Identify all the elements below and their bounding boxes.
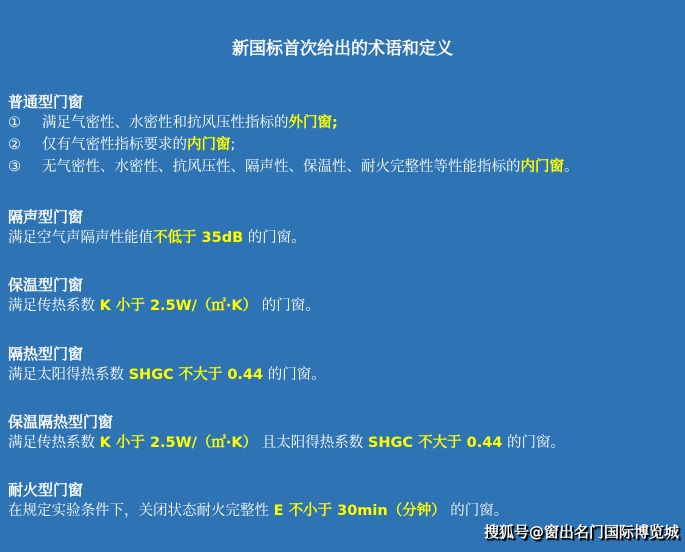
item-text: 满足气密性、水密性和抗风压性指标的	[42, 115, 289, 131]
definition-line: 在规定实验条件下，关闭状态耐火完整性 E 不小于 30min（分钟） 的门窗。	[8, 500, 508, 522]
highlight-text: K 小于 2.5W/（㎡·K）	[100, 298, 258, 314]
definition-text: 的门窗。	[502, 435, 565, 451]
section-heading: 隔热型门窗	[8, 344, 326, 364]
highlight-text: SHGC 不大于 0.44	[368, 435, 503, 451]
item-text: 仅有气密性指标要求的	[42, 137, 187, 153]
watermark: 搜狐号@窗出名门国际博览城	[484, 521, 679, 542]
definition-line: 满足传热系数 K 小于 2.5W/（㎡·K） 的门窗。	[8, 295, 320, 317]
definition-text: 满足传热系数	[8, 435, 100, 451]
list-item: ①满足气密性、水密性和抗风压性指标的外门窗;	[8, 112, 579, 134]
definition-text: 且太阳得热系数	[257, 435, 368, 451]
list-item: ②仅有气密性指标要求的内门窗;	[8, 134, 579, 156]
definition-text: 的门窗。	[257, 298, 320, 314]
section-heading: 保温隔热型门窗	[8, 412, 565, 432]
section-sound-insulation: 隔声型门窗 满足空气声隔声性能值不低于 35dB 的门窗。	[8, 207, 306, 249]
section-heading: 保温型门窗	[8, 275, 320, 295]
definition-text: 在规定实验条件下，关闭状态耐火完整性	[8, 503, 274, 519]
definition-line: 满足空气声隔声性能值不低于 35dB 的门窗。	[8, 227, 306, 249]
definition-line: 满足太阳得热系数 SHGC 不大于 0.44 的门窗。	[8, 364, 326, 386]
definition-text: 的门窗。	[446, 503, 509, 519]
highlight-text: E 不小于 30min（分钟）	[274, 503, 446, 519]
item-suffix: ;	[231, 137, 236, 153]
definition-text: 的门窗。	[243, 230, 306, 246]
section-thermal-heat-insulation: 保温隔热型门窗 满足传热系数 K 小于 2.5W/（㎡·K） 且太阳得热系数 S…	[8, 412, 565, 454]
list-item: ③无气密性、水密性、抗风压性、隔声性、保温性、耐火完整性等性能指标的内门窗。	[8, 156, 579, 178]
definition-text: 满足太阳得热系数	[8, 367, 129, 383]
definition-text: 满足传热系数	[8, 298, 100, 314]
item-suffix: 。	[564, 159, 579, 175]
highlight-text: K 小于 2.5W/（㎡·K）	[100, 435, 258, 451]
item-text: 无气密性、水密性、抗风压性、隔声性、保温性、耐火完整性等性能指标的	[42, 159, 521, 175]
section-heading: 耐火型门窗	[8, 480, 508, 500]
highlight-text: 外门窗	[289, 115, 333, 131]
highlight-text: 不低于 35dB	[153, 230, 243, 246]
definition-text: 的门窗。	[263, 367, 326, 383]
definition-text: 满足空气声隔声性能值	[8, 230, 153, 246]
item-suffix: ;	[332, 115, 338, 131]
section-heading: 隔声型门窗	[8, 207, 306, 227]
section-heat-insulation: 隔热型门窗 满足太阳得热系数 SHGC 不大于 0.44 的门窗。	[8, 344, 326, 386]
item-number: ①	[8, 112, 42, 134]
highlight-text: SHGC 不大于 0.44	[129, 367, 264, 383]
highlight-text: 内门窗	[187, 137, 231, 153]
item-number: ③	[8, 156, 42, 178]
section-heading: 普通型门窗	[8, 92, 579, 112]
section-ordinary-window: 普通型门窗 ①满足气密性、水密性和抗风压性指标的外门窗; ②仅有气密性指标要求的…	[8, 92, 579, 178]
page-title: 新国标首次给出的术语和定义	[0, 34, 685, 59]
definition-line: 满足传热系数 K 小于 2.5W/（㎡·K） 且太阳得热系数 SHGC 不大于 …	[8, 432, 565, 454]
section-fire-resistant: 耐火型门窗 在规定实验条件下，关闭状态耐火完整性 E 不小于 30min（分钟）…	[8, 480, 508, 522]
section-thermal-insulation: 保温型门窗 满足传热系数 K 小于 2.5W/（㎡·K） 的门窗。	[8, 275, 320, 317]
item-number: ②	[8, 134, 42, 156]
highlight-text: 内门窗	[521, 159, 565, 175]
